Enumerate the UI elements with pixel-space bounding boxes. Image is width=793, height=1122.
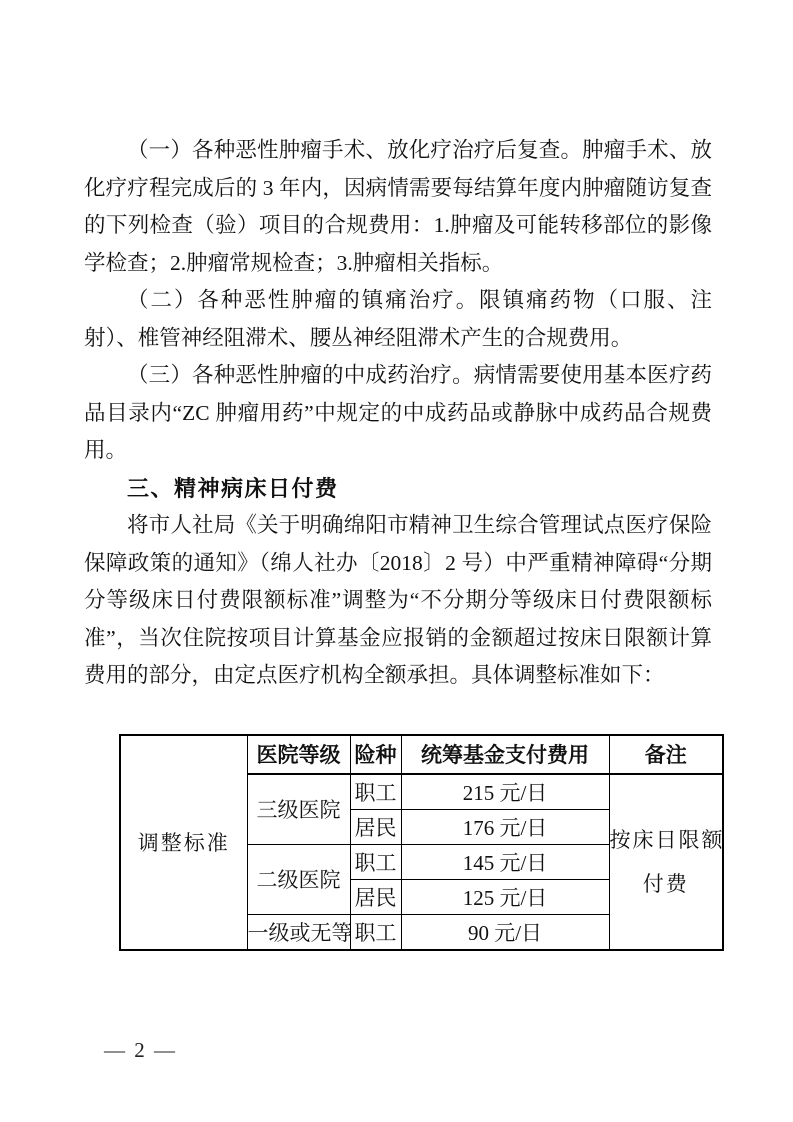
adjustment-standard-table: 调整标准 医院等级 险种 统筹基金支付费用 备注 三级医院 职工 215 元/日…: [119, 734, 724, 951]
table-header-insurance-type: 险种: [350, 735, 401, 774]
cell-hospital-level-tier2: 二级医院: [247, 844, 350, 914]
cell-remark: 按床日限额 付费: [609, 774, 723, 950]
cell-fund-payment: 215 元/日: [401, 774, 609, 810]
page-number: — 2 —: [104, 1038, 177, 1063]
table-row-label: 调整标准: [120, 735, 247, 950]
paragraph-policy-adjustment: 将市人社局《关于明确绵阳市精神卫生综合管理试点医疗保险保障政策的通知》（绵人社办…: [84, 507, 712, 695]
table-header-fund-payment: 统筹基金支付费用: [401, 735, 609, 774]
paragraph-tumor-followup: （一）各种恶性肿瘤手术、放化疗治疗后复查。肿瘤手术、放化疗疗程完成后的 3 年内…: [84, 132, 712, 282]
remark-line-2: 付费: [610, 862, 723, 906]
table-header-remark: 备注: [609, 735, 723, 774]
cell-hospital-level-tier1: 一级或无等: [247, 914, 350, 950]
section-heading-psychiatric-bed-day-payment: 三、精神病床日付费: [84, 470, 712, 508]
cell-fund-payment: 90 元/日: [401, 914, 609, 950]
table-header-row: 调整标准 医院等级 险种 统筹基金支付费用 备注: [120, 735, 723, 774]
table-header-hospital-level: 医院等级: [247, 735, 350, 774]
cell-hospital-level-tier3: 三级医院: [247, 774, 350, 845]
cell-fund-payment: 145 元/日: [401, 844, 609, 879]
cell-insurance-type: 居民: [350, 879, 401, 914]
cell-insurance-type: 居民: [350, 809, 401, 844]
document-page: （一）各种恶性肿瘤手术、放化疗治疗后复查。肿瘤手术、放化疗疗程完成后的 3 年内…: [0, 0, 793, 1122]
cell-fund-payment: 176 元/日: [401, 809, 609, 844]
cell-insurance-type: 职工: [350, 844, 401, 879]
cell-insurance-type: 职工: [350, 774, 401, 810]
paragraph-pain-treatment: （二）各种恶性肿瘤的镇痛治疗。限镇痛药物（口服、注射）、椎管神经阻滞术、腰丛神经…: [84, 282, 712, 357]
cell-fund-payment: 125 元/日: [401, 879, 609, 914]
remark-line-1: 按床日限额: [610, 818, 723, 862]
cell-insurance-type: 职工: [350, 914, 401, 950]
document-content: （一）各种恶性肿瘤手术、放化疗治疗后复查。肿瘤手术、放化疗疗程完成后的 3 年内…: [84, 132, 712, 951]
paragraph-tcm-treatment: （三）各种恶性肿瘤的中成药治疗。病情需要使用基本医疗药品目录内“ZC 肿瘤用药”…: [84, 357, 712, 470]
